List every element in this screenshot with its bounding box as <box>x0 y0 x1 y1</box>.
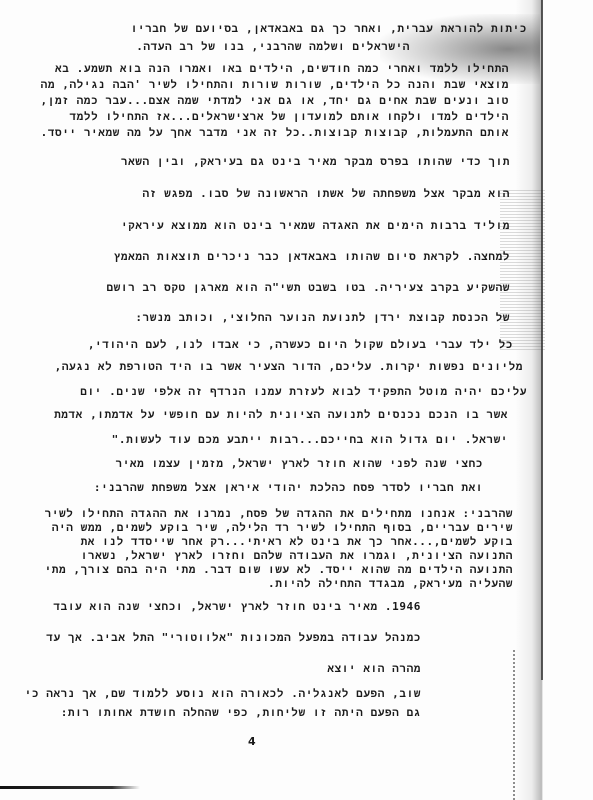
text-line: התנועה הילדים מה שהוא ייסד. לא עשו שום ד… <box>45 563 513 577</box>
text-line: אשר בו הנכם נכנסים לתנועה הציונית להיות … <box>54 408 508 422</box>
text-line: התנועה הציונית, וגמרו את העבודה שלהם וחז… <box>81 549 513 563</box>
text-line: שהשקיע בקרב צעיריה. בטו בשבט תשי"ה הוא מ… <box>106 281 510 295</box>
text-line: שהרבני: אנחנו מתחילים את ההגדה של פסח, נ… <box>45 507 513 521</box>
text-line: שהעליה מעיראק, מבגדד התחילה להיות. <box>268 577 513 591</box>
text-line: שירים עבריים, בסוף התחילו לשיר רד הלילה,… <box>52 521 513 535</box>
text-line: של הכנסת קבוצת ירדן לתנועת הנוער החלוצי,… <box>135 311 510 325</box>
scan-smudge-middle <box>500 190 545 350</box>
text-line: עליכם יהיה מוטל התפקיד לבוא לעזרת עמנו ה… <box>80 385 527 399</box>
text-line: שוב, הפעם לאנגליה. לכאורה הוא נוסע ללמוד… <box>25 687 421 701</box>
text-line: בוקע לשמים,...אחר כך את בינט לא ראיתי...… <box>81 535 513 549</box>
text-line: כל ילד עברי בעולם שקול היום כעשרה, כי אב… <box>88 338 513 352</box>
text-line: כחצי שנה לפני שהוא חוזר לארץ ישראל, מזמי… <box>116 457 483 471</box>
text-line: מליונים נפשות יקרות. עליכם, הדור הצעיר א… <box>55 360 523 374</box>
text-line: ואת חבריו לסדר פסח כהלכת יהודי איראן אצל… <box>94 481 483 495</box>
scan-edge-line-lower <box>513 650 515 800</box>
text-line: טוב ונעים שבת אחים גם יחד, או גם אני למד… <box>41 94 509 108</box>
text-line: ישראל. יום גדול הוא בחייכם...רבות ייתבע … <box>112 433 508 447</box>
text-line: 1946. מאיר בינט חוזר לארץ ישראל, וכחצי ש… <box>53 600 421 614</box>
page-number: 4 <box>248 735 256 748</box>
text-line: תוך כדי שהותו בפרס מבקר מאיר בינט גם בעי… <box>121 155 510 169</box>
text-line: כמנהל עבודה במפעל המכונות "אלווטורי" התל… <box>46 631 421 645</box>
text-line: למחצה. לקראת סיום שהותו באבאדאן כבר ניכר… <box>114 250 510 264</box>
text-line: הילדים למדו ולקחו אותם למועדון של ארצישר… <box>69 110 509 124</box>
text-line: מוצאי שבת והנה כל הילדים, שורות שורות וה… <box>41 78 509 92</box>
text-line: מהרה הוא יוצא <box>327 662 421 676</box>
text-line: אותם התעמלות, קבוצות קבוצות..כל זה אני מ… <box>41 126 509 140</box>
scan-edge-line <box>541 0 543 680</box>
text-line: כיתות להוראת עברית, ואחר כך גם באבאדאן, … <box>131 22 527 36</box>
scan-bottom-edge <box>0 786 140 789</box>
scanned-document-page: כיתות להוראת עברית, ואחר כך גם באבאדאן, … <box>0 0 593 800</box>
text-line: הוא מבקר אצל משפחתה של אשתו הראשונה של ס… <box>143 187 511 201</box>
scan-shadow <box>515 0 543 800</box>
text-line: התחילו ללמד ואחרי כמה חודשים, הילדים באו… <box>55 62 509 76</box>
text-line: הישראלים ושלמה שהרבני, בנו של רב העדה. <box>136 40 410 54</box>
text-line: גם הפעם היתה זו שליחות, כפי שהחלה חושדת … <box>61 706 421 720</box>
text-line: מוליד ברבות הימים את האגדה שמאיר בינט הו… <box>121 219 510 233</box>
